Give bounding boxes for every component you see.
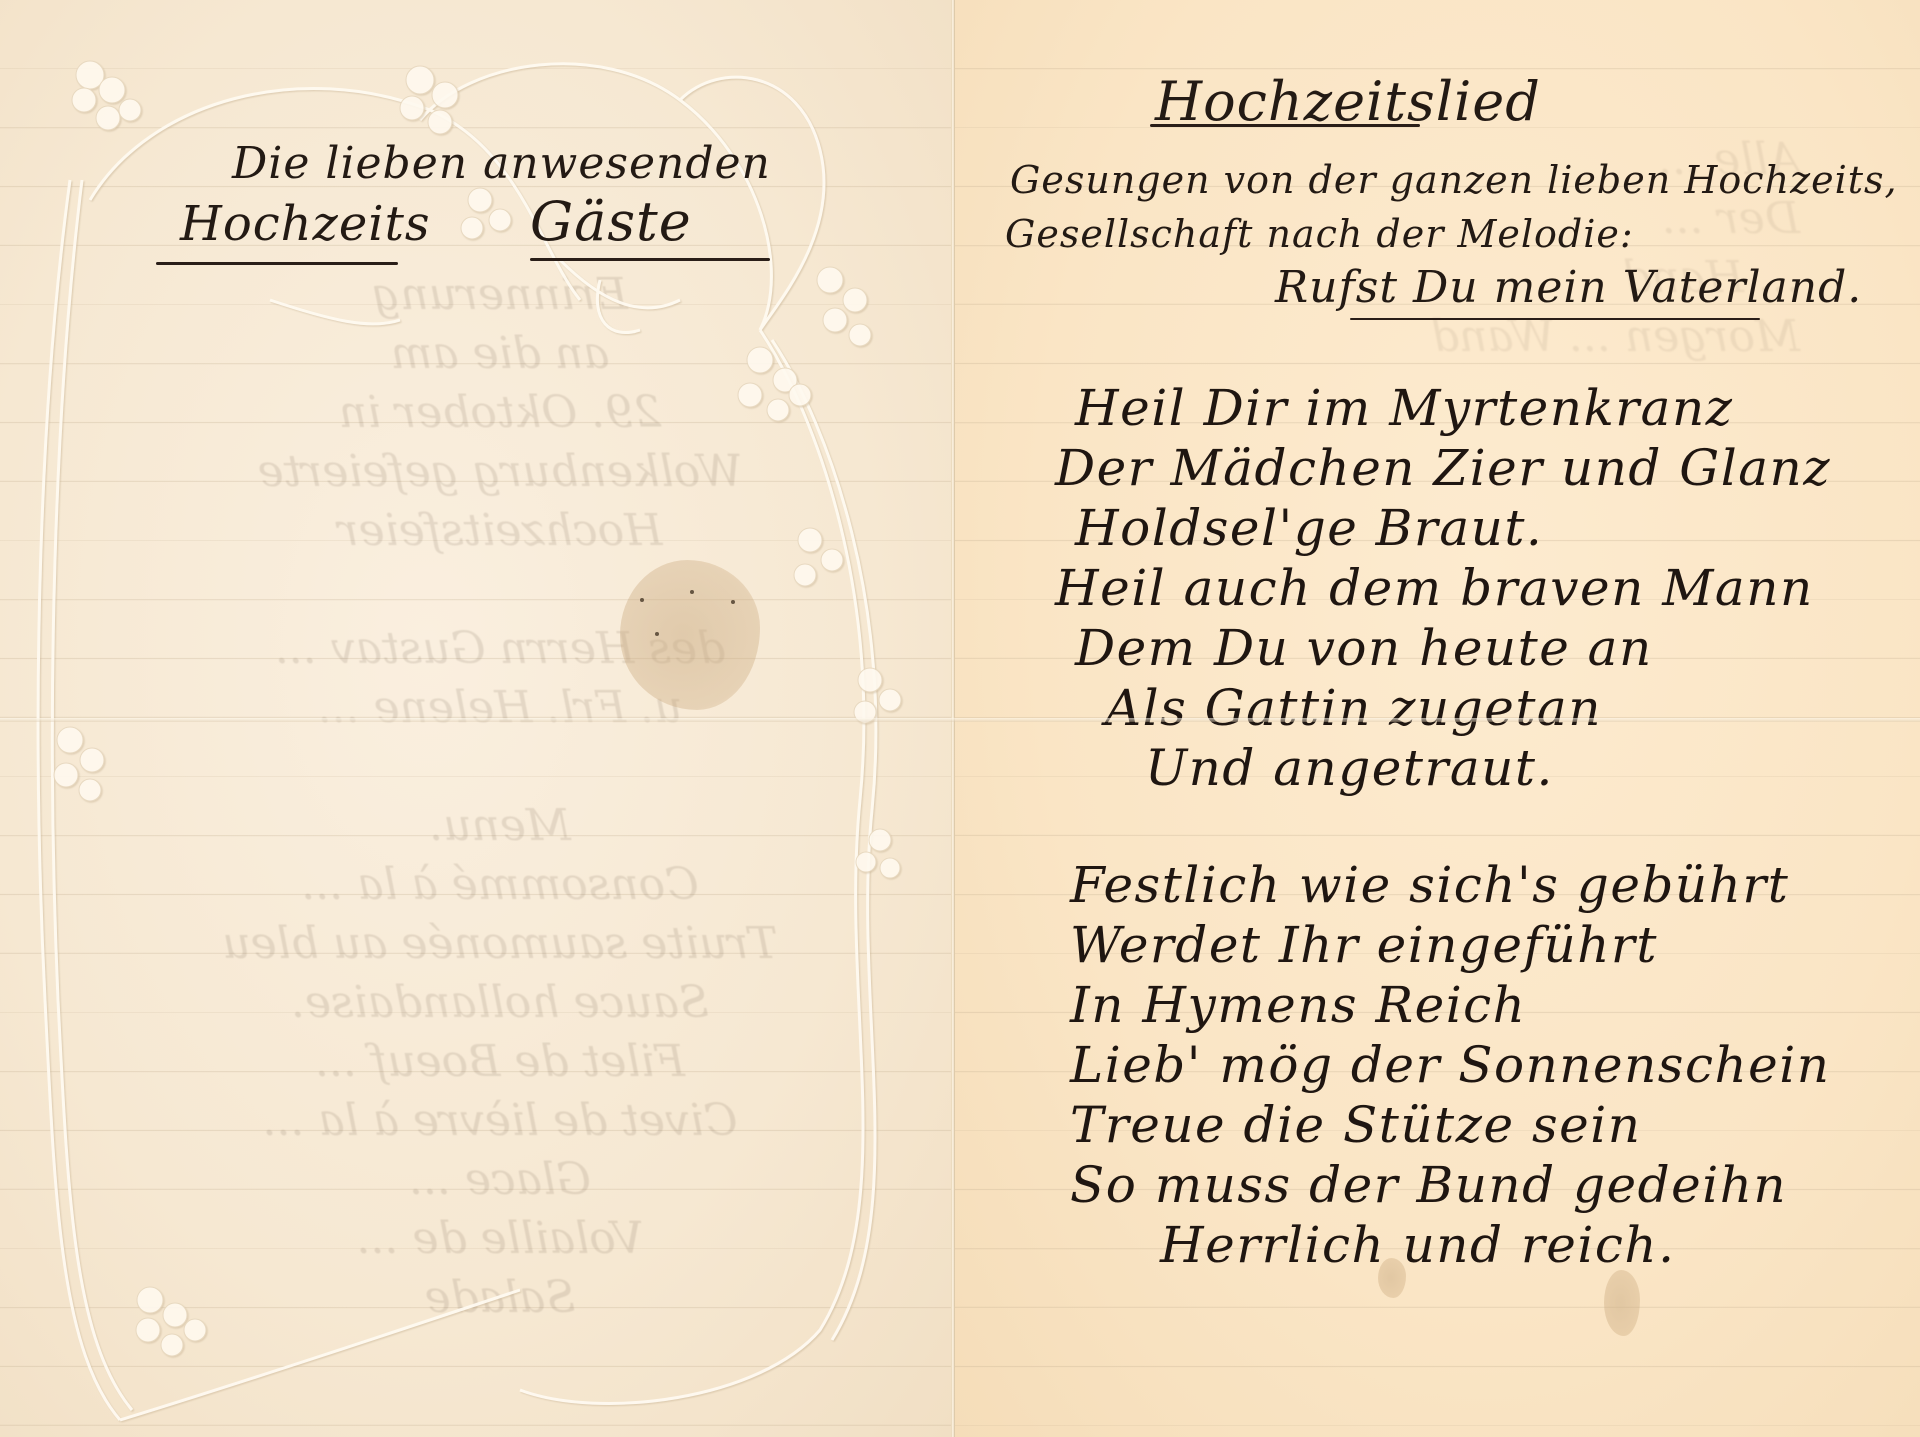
verse-line: Und angetraut. — [1055, 738, 1831, 798]
stain-speck — [731, 600, 735, 604]
verse-2: Festlich wie sich's gebührt Werdet Ihr e… — [1070, 855, 1830, 1275]
verse-line: Holdsel'ge Braut. — [1055, 498, 1831, 558]
verse-line: Lieb' mög der Sonnenschein — [1070, 1035, 1830, 1095]
guests-heading-hochzeits: Hochzeits — [180, 196, 431, 252]
heading-underline-left — [156, 262, 398, 265]
stain-speck — [690, 590, 694, 594]
verse-line: Als Gattin zugetan — [1055, 678, 1831, 738]
song-subtitle-line1: Gesungen von der ganzen lieben Hochzeits… — [1010, 158, 1898, 202]
song-melody: Rufst Du mein Vaterland. — [1275, 262, 1862, 313]
guests-heading-gaeste: Gäste — [530, 190, 692, 253]
verse-line: Dem Du von heute an — [1055, 618, 1831, 678]
heading-underline-right — [530, 258, 770, 261]
guests-heading-line1: Die lieben anwesenden — [232, 138, 771, 189]
title-underline — [1150, 124, 1420, 127]
horizontal-fold-crease — [0, 718, 1920, 722]
stain-speck — [655, 632, 659, 636]
song-subtitle-line2: Gesellschaft nach der Melodie: — [1005, 212, 1634, 256]
document-spread: Erinnerung an die am 29. Oktober in Wolk… — [0, 0, 1920, 1437]
verse-line: Heil Dir im Myrtenkranz — [1055, 378, 1831, 438]
stain-speck — [640, 598, 644, 602]
verse-line: Festlich wie sich's gebührt — [1070, 855, 1830, 915]
verse-line: Heil auch dem braven Mann — [1055, 558, 1831, 618]
water-stain-right — [1604, 1270, 1640, 1336]
verse-line: Der Mädchen Zier und Glanz — [1055, 438, 1831, 498]
verse-1: Heil Dir im Myrtenkranz Der Mädchen Zier… — [1055, 378, 1831, 798]
verse-line: Treue die Stütze sein — [1070, 1095, 1830, 1155]
verse-line: Werdet Ihr eingeführt — [1070, 915, 1830, 975]
verse-line: So muss der Bund gedeihn — [1070, 1155, 1830, 1215]
verse-line: In Hymens Reich — [1070, 975, 1830, 1035]
melody-underline — [1350, 318, 1760, 320]
verse-line: Herrlich und reich. — [1070, 1215, 1830, 1275]
